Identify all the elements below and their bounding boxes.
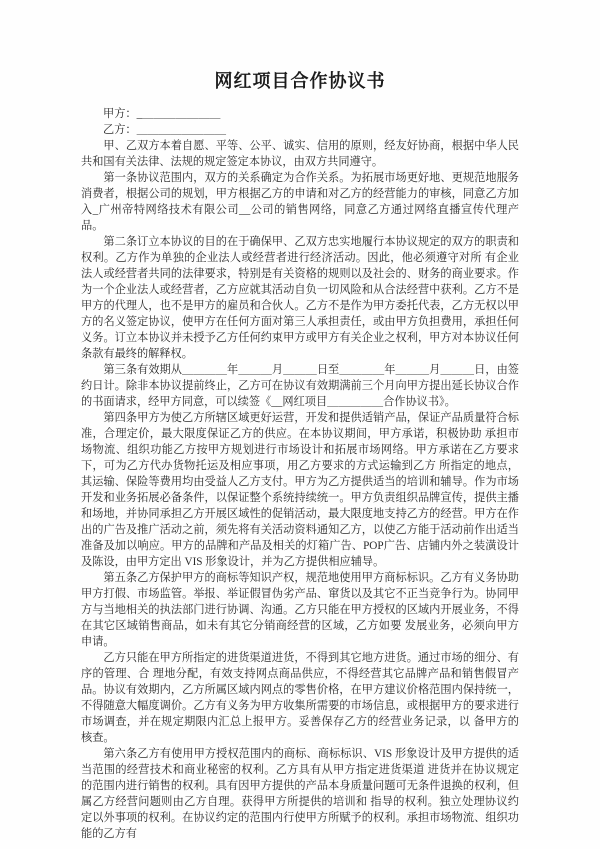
paragraph-article-2: 第二条订立本协议的目的在于确保甲、乙双方忠实地履行本协议规定的双方的职责和权利。…: [81, 234, 519, 362]
paragraph-preamble: 甲、乙双方本着自愿、平等、公平、诚实、信用的原则，经友好协商，根据中华人民共和国…: [81, 138, 519, 170]
party-b-line: 乙方：＿＿＿＿＿＿＿＿: [81, 122, 519, 138]
paragraph-article-3: 第三条有效期从＿＿＿＿年＿＿＿月＿＿＿日至＿＿＿＿年＿＿＿月＿＿＿日，由签约日计…: [81, 362, 519, 410]
paragraph-article-4: 第四条甲方为使乙方所辖区域更好运营，开发和提供适销产品，保证产品质量符合标准，合…: [81, 410, 519, 570]
paragraph-article-1: 第一条协议范围内，双方的关系确定为合作关系。为拓展市场更好地、更规范地服务消费者…: [81, 170, 519, 234]
party-a-blank-field: _＿＿＿＿＿＿＿: [137, 108, 221, 120]
party-a-label: 甲方：: [103, 108, 137, 120]
paragraph-article-5b: 乙方只能在甲方所指定的进货渠道进货，不得到其它地方进货。通过市场的细分、有序的管…: [81, 650, 519, 746]
contract-body: 甲、乙双方本着自愿、平等、公平、诚实、信用的原则，经友好协商，根据中华人民共和国…: [81, 138, 519, 842]
paragraph-article-5: 第五条乙方保护甲方的商标等知识产权，规范地使用甲方商标标识。乙方有义务协助甲方打…: [81, 570, 519, 650]
party-b-blank-field: ＿＿＿＿＿＿＿＿: [137, 124, 227, 136]
document-page: 网红项目合作协议书 甲方：_＿＿＿＿＿＿＿ 乙方：＿＿＿＿＿＿＿＿ 甲、乙双方本…: [0, 0, 600, 849]
party-a-line: 甲方：_＿＿＿＿＿＿＿: [81, 106, 519, 122]
paragraph-article-6: 第六条乙方有使用甲方授权范围内的商标、商标标识、VIS 形象设计及甲方提供的适当…: [81, 746, 519, 842]
party-b-label: 乙方：: [103, 124, 137, 136]
document-title: 网红项目合作协议书: [81, 70, 519, 92]
